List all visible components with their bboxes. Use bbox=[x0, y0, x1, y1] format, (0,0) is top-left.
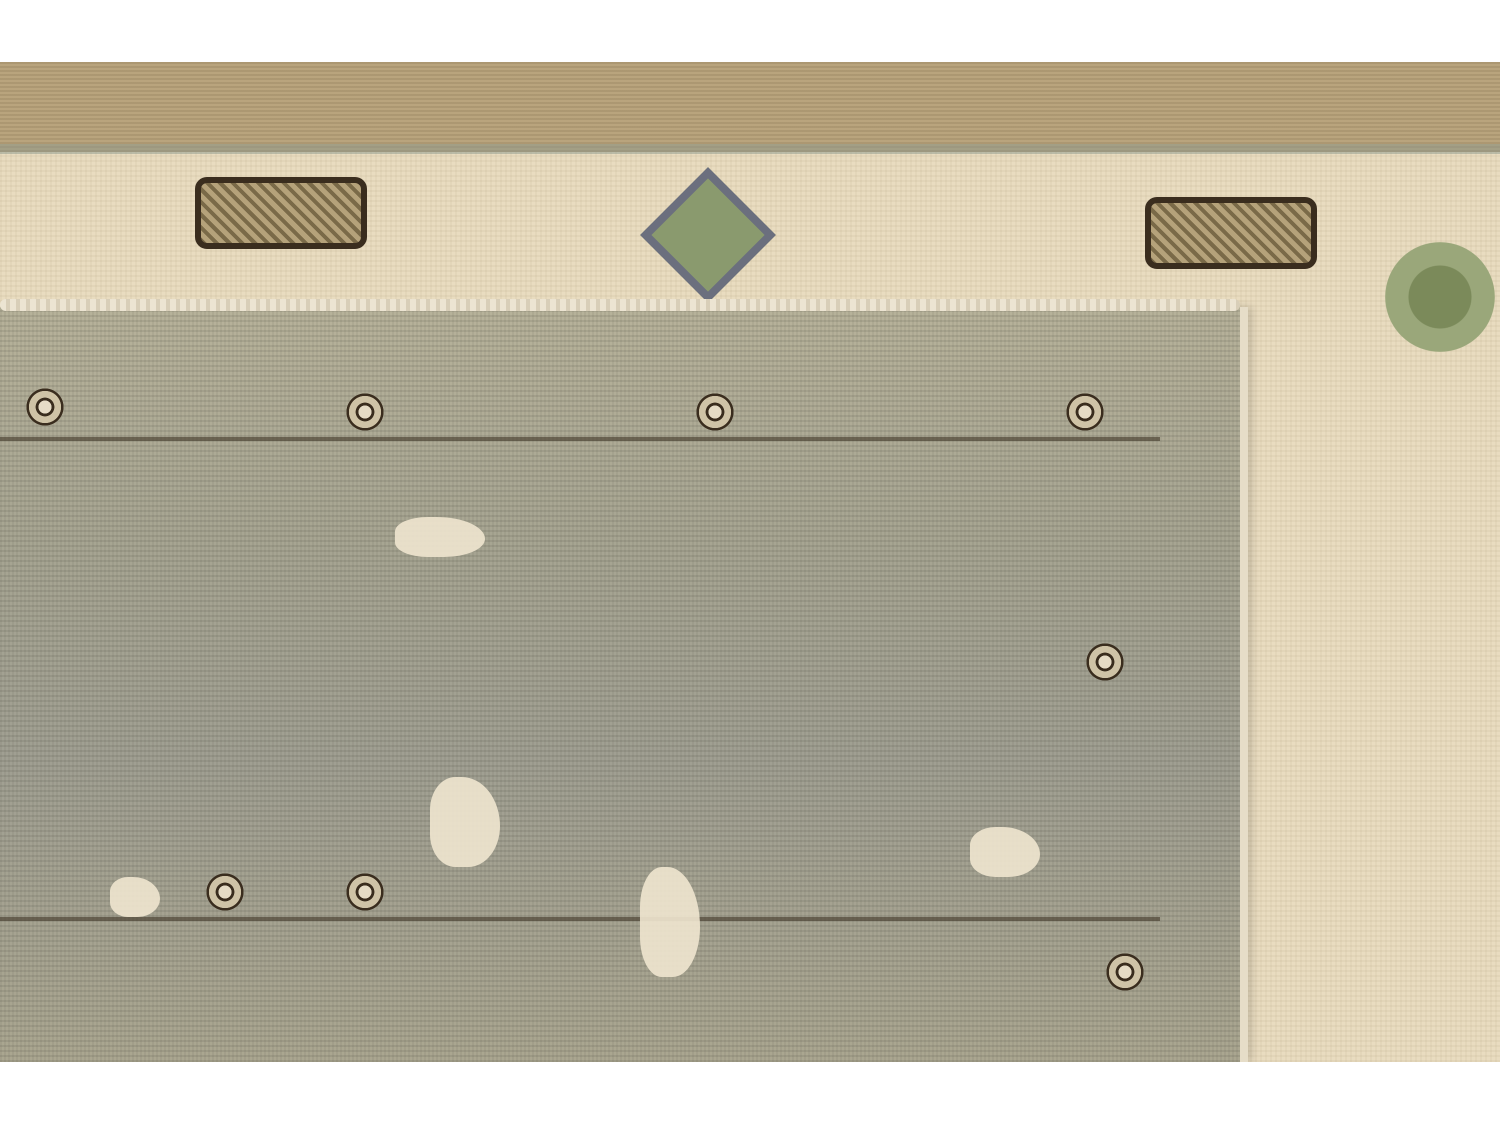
rug-photo bbox=[0, 62, 1500, 1062]
rosette-motif bbox=[340, 387, 390, 437]
rug-fringe-edge bbox=[0, 299, 1240, 311]
border-stripe bbox=[0, 144, 1500, 154]
rosette-motif bbox=[200, 867, 250, 917]
rosette-motif bbox=[690, 387, 740, 437]
worn-patch bbox=[430, 777, 500, 867]
worn-patch bbox=[395, 517, 485, 557]
cartouche-motif-right bbox=[1145, 197, 1317, 269]
green-flower-motif bbox=[1385, 242, 1495, 352]
back-border-line-top bbox=[0, 437, 1160, 441]
worn-patch bbox=[110, 877, 160, 917]
back-border-line-bottom bbox=[0, 917, 1160, 921]
rosette-motif bbox=[1080, 637, 1130, 687]
rug-top-border bbox=[0, 62, 1500, 152]
worn-patch bbox=[640, 867, 700, 977]
rosette-motif bbox=[1100, 947, 1150, 997]
cartouche-motif-left bbox=[195, 177, 367, 249]
rosette-motif bbox=[20, 382, 70, 432]
rug-folded-back bbox=[0, 307, 1248, 1062]
rosette-motif bbox=[340, 867, 390, 917]
worn-patch bbox=[970, 827, 1040, 877]
rosette-motif bbox=[1060, 387, 1110, 437]
